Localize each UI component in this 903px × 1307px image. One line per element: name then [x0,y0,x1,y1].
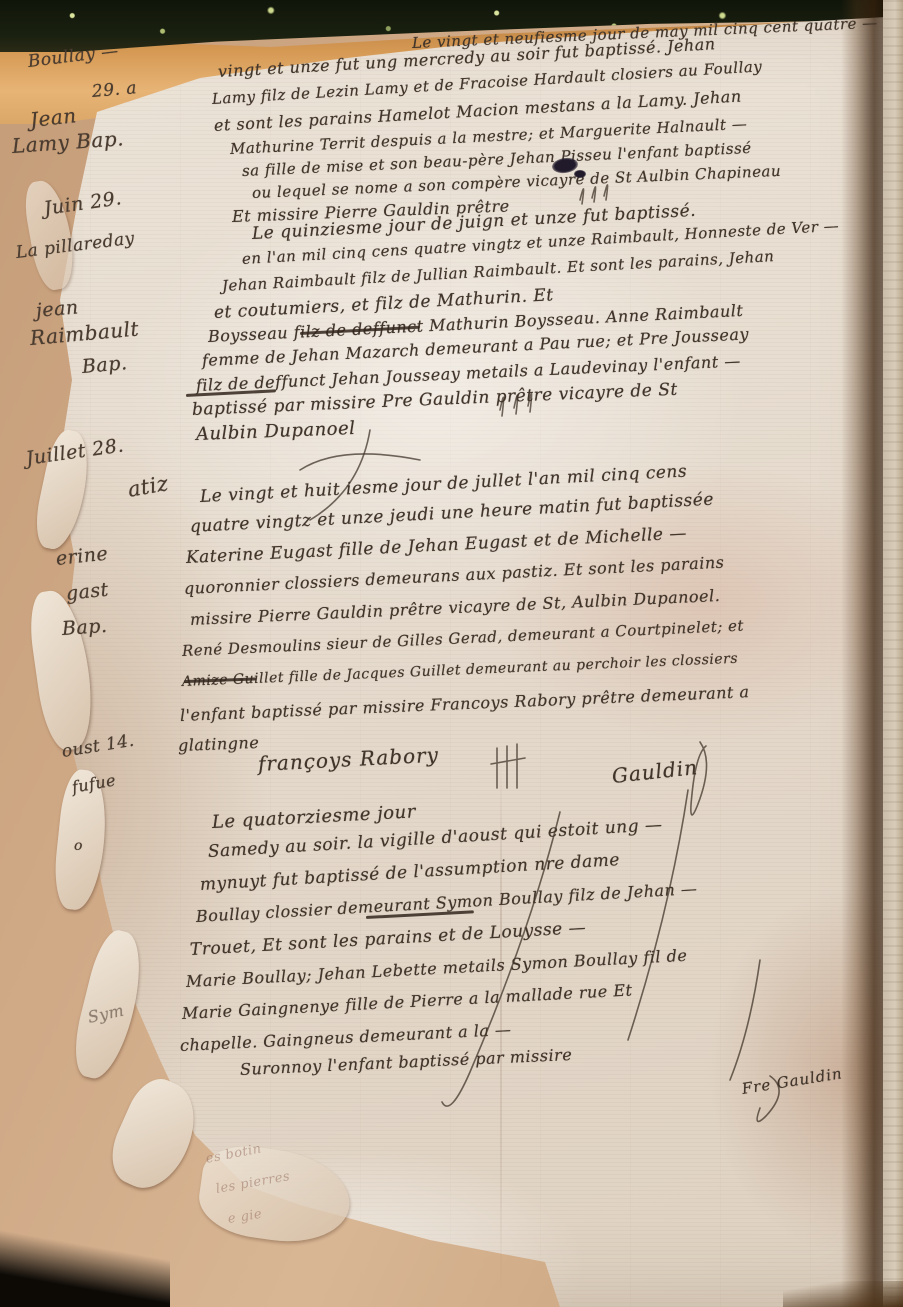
margin-note: Bap. [61,615,108,640]
photo-corner-dark [0,1227,170,1307]
margin-note: gast [65,579,110,605]
manuscript-photo: Boullay — 29. a Jean Lamy Bap. Juin 29. … [0,0,903,1307]
binding-gutter-shadow [841,0,885,1307]
margin-note: 29. a [91,78,138,102]
margin-note: Jean [29,103,78,132]
ink-blot [574,170,586,178]
margin-note: jean [35,296,79,322]
adjacent-page-sliver [883,0,903,1307]
manuscript-line: glatingne [178,733,260,755]
margin-note: Bap. [81,352,128,378]
margin-note: o [74,838,83,854]
photo-corner-dark [783,1281,903,1307]
